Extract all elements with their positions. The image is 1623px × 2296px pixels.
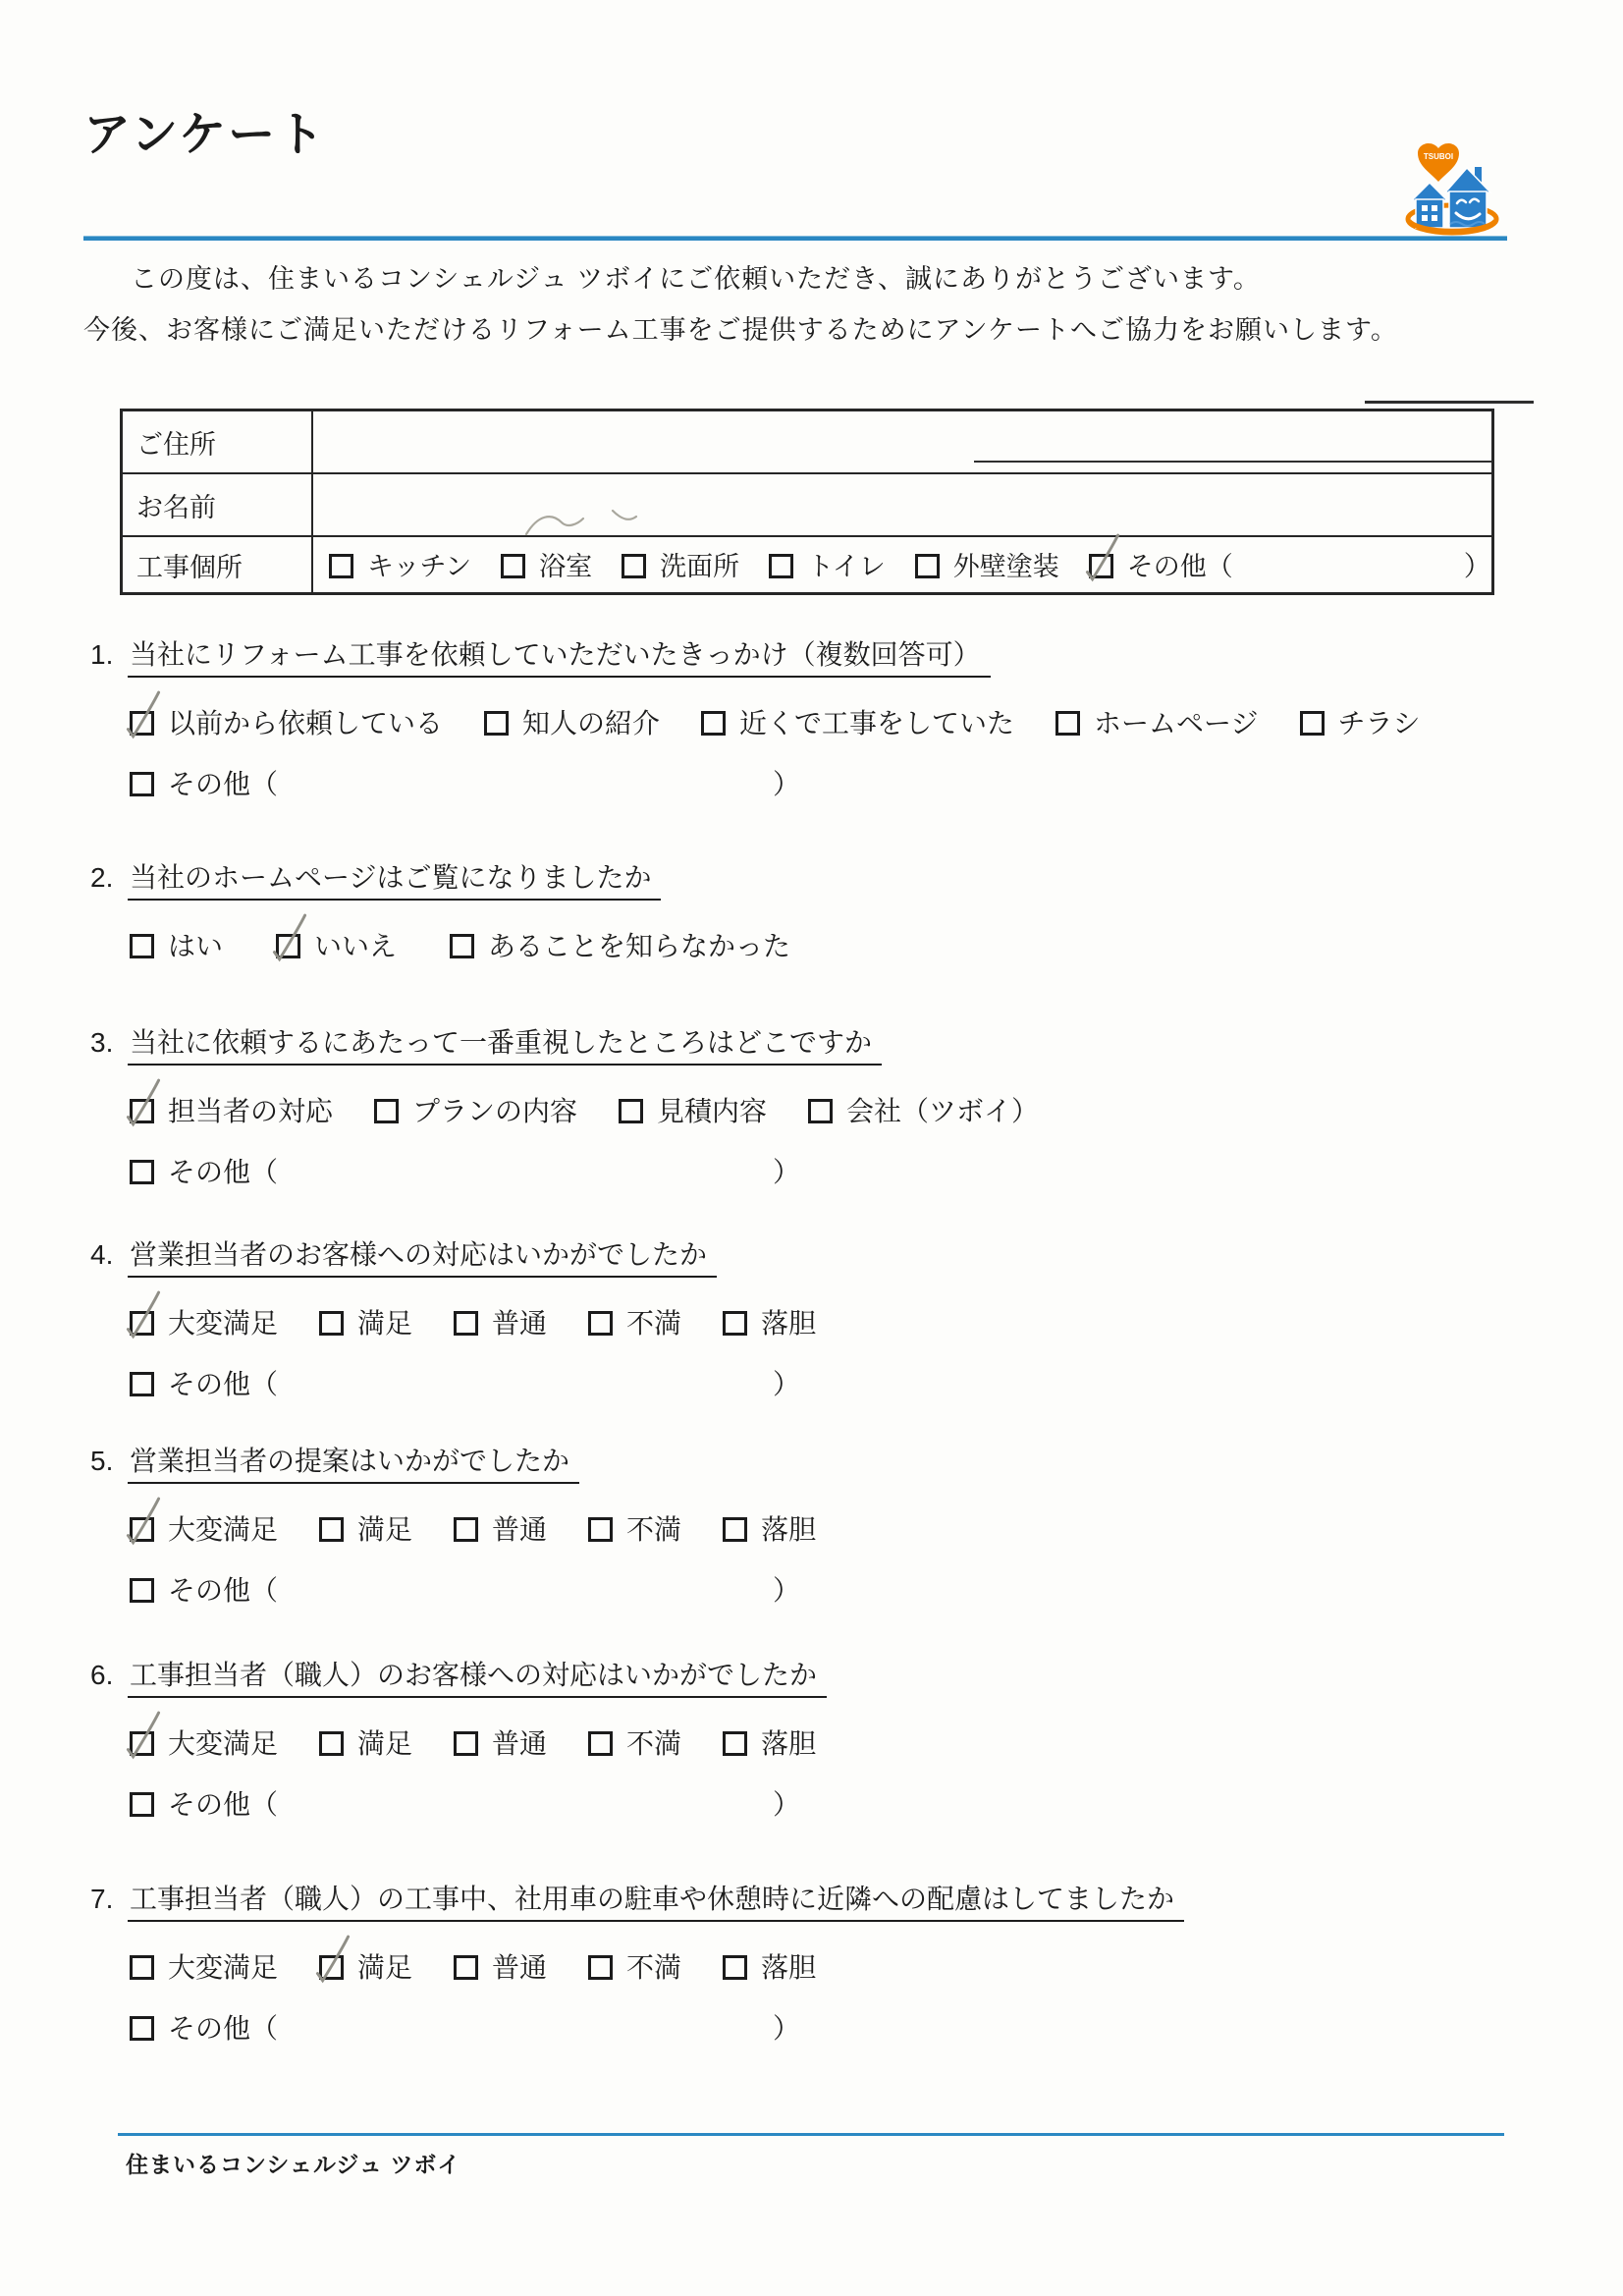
checkbox-box bbox=[130, 2016, 154, 2041]
checkbox-box bbox=[319, 1311, 344, 1336]
option-very-satisfied: 大変満足 bbox=[130, 1728, 278, 1759]
option-neutral: 普通 bbox=[454, 1514, 547, 1545]
option-label: 落胆 bbox=[761, 1514, 816, 1545]
question-number: 5. bbox=[90, 1446, 128, 1477]
question-7-heading: 7.工事担当者（職人）の工事中、社用車の駐車や休憩時に近隣への配慮はしてましたか bbox=[90, 1878, 1184, 1917]
option-estimate: 見積内容 bbox=[619, 1096, 767, 1126]
pencil-scribble bbox=[518, 501, 666, 544]
checkbox[interactable] bbox=[588, 1731, 613, 1756]
option-other: その他（ bbox=[130, 2013, 278, 2044]
option-did-not-know: あることを知らなかった bbox=[450, 931, 790, 961]
name-input-cell[interactable] bbox=[312, 473, 1493, 536]
question-6: 6.工事担当者（職人）のお客様への対応はいかがでしたか 大変満足満足普通不満落胆… bbox=[90, 1654, 857, 1825]
question-2-heading: 2.当社のホームページはご覧になりましたか bbox=[90, 856, 843, 896]
option-label: 以前から依頼している bbox=[168, 708, 443, 738]
option-label: 満足 bbox=[357, 1308, 412, 1339]
option-staff-response: 担当者の対応 bbox=[130, 1096, 333, 1126]
option-very-satisfied: 大変満足 bbox=[130, 1308, 278, 1339]
option-disappointed: 落胆 bbox=[723, 1308, 816, 1339]
option-label: その他（ bbox=[1127, 552, 1233, 581]
checkbox-box bbox=[319, 1731, 344, 1756]
checkbox-box bbox=[808, 1099, 833, 1123]
option-plan-content: プランの内容 bbox=[374, 1096, 577, 1126]
option-label: ホームページ bbox=[1094, 708, 1258, 738]
company-logo-icon: TSUBOI bbox=[1404, 137, 1502, 240]
question-6-options: 大変満足満足普通不満落胆 bbox=[130, 1724, 857, 1764]
option-label: 知人の紹介 bbox=[522, 708, 660, 738]
option-label: 落胆 bbox=[761, 1308, 816, 1339]
checkbox[interactable] bbox=[454, 1311, 478, 1336]
checkbox-box bbox=[484, 711, 509, 736]
option-other: その他（ bbox=[130, 1157, 278, 1187]
address-input-cell[interactable] bbox=[312, 410, 1493, 474]
checkbox[interactable] bbox=[701, 711, 726, 736]
checkbox-box bbox=[588, 1955, 613, 1980]
close-paren: ） bbox=[773, 2013, 800, 2044]
checkbox[interactable] bbox=[450, 934, 474, 958]
option-label: 大変満足 bbox=[168, 1308, 278, 1339]
question-1: 1.当社にリフォーム工事を依頼していただいたきっかけ（複数回答可） 以前から依頼… bbox=[90, 633, 1462, 804]
checkbox[interactable] bbox=[329, 554, 353, 578]
close-paren: ） bbox=[773, 1575, 800, 1606]
option-bath: 浴室 bbox=[501, 552, 592, 581]
option-disappointed: 落胆 bbox=[723, 1514, 816, 1545]
pencil-check-icon bbox=[271, 913, 308, 964]
checkbox[interactable] bbox=[130, 934, 154, 958]
checkbox-box bbox=[130, 1372, 154, 1396]
checkbox[interactable] bbox=[1089, 554, 1113, 578]
question-2: 2.当社のホームページはご覧になりましたか はいいいえあることを知らなかった bbox=[90, 856, 843, 966]
checkbox-box bbox=[622, 554, 646, 578]
checkbox[interactable] bbox=[723, 1731, 747, 1756]
question-4-heading: 4.営業担当者のお客様への対応はいかがでしたか bbox=[90, 1233, 857, 1273]
option-disappointed: 落胆 bbox=[723, 1728, 816, 1759]
option-label: その他（ bbox=[168, 2013, 278, 2044]
checkbox-box bbox=[619, 1099, 643, 1123]
checkbox-box bbox=[454, 1955, 478, 1980]
checkbox-box bbox=[723, 1311, 747, 1336]
option-other: その他（ bbox=[130, 1789, 278, 1820]
intro-line-2: 今後、お客様にご満足いただけるリフォーム工事をご提供するためにアンケートへご協力… bbox=[83, 308, 1398, 347]
option-other: その他（ bbox=[1089, 552, 1233, 581]
checkbox[interactable] bbox=[454, 1955, 478, 1980]
option-no: いいえ bbox=[276, 931, 397, 961]
checkbox[interactable] bbox=[319, 1955, 344, 1980]
checkbox-box bbox=[450, 934, 474, 958]
close-paren: ） bbox=[773, 769, 800, 799]
checkbox[interactable] bbox=[130, 1578, 154, 1603]
checkbox[interactable] bbox=[454, 1517, 478, 1542]
logo-heart-text: TSUBOI bbox=[1424, 152, 1453, 161]
checkbox-box bbox=[130, 772, 154, 796]
question-3-heading: 3.当社に依頼するにあたって一番重視したところはどこですか bbox=[90, 1021, 1080, 1061]
checkbox-box bbox=[501, 554, 525, 578]
checkbox-box bbox=[454, 1311, 478, 1336]
question-1-other-row: その他（） bbox=[130, 765, 1462, 804]
question-1-options: 以前から依頼している知人の紹介近くで工事をしていたホームページチラシ bbox=[130, 704, 1462, 743]
small-house-icon bbox=[1412, 183, 1447, 228]
pencil-check-icon bbox=[125, 1078, 162, 1129]
question-title: 工事担当者（職人）の工事中、社用車の駐車や休憩時に近隣への配慮はしてましたか bbox=[128, 1884, 1184, 1922]
option-neutral: 普通 bbox=[454, 1308, 547, 1339]
checkbox[interactable] bbox=[130, 1160, 154, 1184]
question-number: 3. bbox=[90, 1027, 128, 1059]
address-row: ご住所 bbox=[122, 410, 1493, 474]
close-paren: ） bbox=[773, 1157, 800, 1187]
checkbox[interactable] bbox=[769, 554, 793, 578]
construction-location-row: 工事個所 キッチン浴室洗面所トイレ外壁塗装その他（） bbox=[122, 536, 1493, 594]
option-disappointed: 落胆 bbox=[723, 1952, 816, 1983]
option-label: はい bbox=[168, 931, 223, 961]
construction-location-label: 工事個所 bbox=[122, 536, 313, 594]
checkbox-box bbox=[1300, 711, 1325, 736]
option-neutral: 普通 bbox=[454, 1952, 547, 1983]
name-label: お名前 bbox=[122, 473, 313, 536]
checkbox[interactable] bbox=[454, 1731, 478, 1756]
close-paren: ） bbox=[1464, 551, 1491, 581]
option-label: 会社（ツボイ） bbox=[846, 1096, 1039, 1126]
checkbox-box bbox=[588, 1731, 613, 1756]
option-label: あることを知らなかった bbox=[488, 931, 790, 961]
option-washroom: 洗面所 bbox=[622, 552, 739, 581]
checkbox-box bbox=[723, 1955, 747, 1980]
option-neutral: 普通 bbox=[454, 1728, 547, 1759]
option-other: その他（ bbox=[130, 1369, 278, 1399]
option-label: プランの内容 bbox=[412, 1096, 577, 1126]
close-paren: ） bbox=[773, 1789, 800, 1820]
survey-page: アンケート TSUBOI この度は、住まいるコンシェルジュ ツボイにご依頼いただ… bbox=[0, 0, 1623, 2296]
option-label: 担当者の対応 bbox=[168, 1096, 333, 1126]
option-label: 大変満足 bbox=[168, 1514, 278, 1545]
option-label: 普通 bbox=[492, 1308, 547, 1339]
checkbox[interactable] bbox=[130, 1792, 154, 1817]
question-5-heading: 5.営業担当者の提案はいかがでしたか bbox=[90, 1440, 857, 1479]
question-5-options: 大変満足満足普通不満落胆 bbox=[130, 1510, 857, 1550]
checkbox[interactable] bbox=[319, 1517, 344, 1542]
question-7-options: 大変満足満足普通不満落胆 bbox=[130, 1948, 1184, 1988]
question-title: 営業担当者の提案はいかがでしたか bbox=[128, 1446, 579, 1484]
checkbox-box bbox=[769, 554, 793, 578]
question-6-other-row: その他（） bbox=[130, 1785, 857, 1825]
checkbox-box bbox=[374, 1099, 399, 1123]
option-referral: 知人の紹介 bbox=[484, 708, 660, 738]
checkbox-box bbox=[588, 1311, 613, 1336]
option-label: その他（ bbox=[168, 1575, 278, 1606]
option-homepage: ホームページ bbox=[1055, 708, 1258, 738]
question-2-options: はいいいえあることを知らなかった bbox=[130, 927, 843, 966]
question-title: 営業担当者のお客様への対応はいかがでしたか bbox=[128, 1239, 717, 1278]
checkbox-box bbox=[915, 554, 940, 578]
checkbox[interactable] bbox=[276, 934, 300, 958]
intro-line-1: この度は、住まいるコンシェルジュ ツボイにご依頼いただき、誠にありがとうございま… bbox=[131, 257, 1261, 296]
question-number: 7. bbox=[90, 1884, 128, 1915]
big-house-icon bbox=[1445, 167, 1490, 228]
option-label: 満足 bbox=[357, 1952, 412, 1983]
checkbox[interactable] bbox=[622, 554, 646, 578]
option-kitchen: キッチン bbox=[329, 552, 471, 581]
option-label: 大変満足 bbox=[168, 1952, 278, 1983]
checkbox-box bbox=[723, 1517, 747, 1542]
question-title: 当社にリフォーム工事を依頼していただいたきっかけ（複数回答可） bbox=[128, 639, 991, 678]
option-toilet: トイレ bbox=[769, 552, 886, 581]
option-exterior-paint: 外壁塗装 bbox=[915, 552, 1059, 581]
question-3-options: 担当者の対応プランの内容見積内容会社（ツボイ） bbox=[130, 1092, 1080, 1131]
option-label: 普通 bbox=[492, 1514, 547, 1545]
checkbox[interactable] bbox=[130, 1517, 154, 1542]
pencil-check-icon bbox=[125, 690, 162, 741]
option-very-satisfied: 大変満足 bbox=[130, 1952, 278, 1983]
checkbox-box bbox=[701, 711, 726, 736]
question-number: 4. bbox=[90, 1239, 128, 1271]
question-4-other-row: その他（） bbox=[130, 1365, 857, 1404]
option-label: 不満 bbox=[626, 1728, 681, 1759]
footer-company-name: 住まいるコンシェルジュ ツボイ bbox=[126, 2147, 460, 2179]
option-label: 不満 bbox=[626, 1308, 681, 1339]
pencil-check-icon bbox=[314, 1935, 352, 1986]
option-other: その他（ bbox=[130, 1575, 278, 1606]
checkbox-box bbox=[130, 1792, 154, 1817]
scan-artifact-line bbox=[974, 461, 1492, 463]
option-label: 大変満足 bbox=[168, 1728, 278, 1759]
question-number: 1. bbox=[90, 639, 128, 671]
option-flyer: チラシ bbox=[1300, 708, 1421, 738]
option-label: 浴室 bbox=[539, 552, 592, 581]
option-satisfied: 満足 bbox=[319, 1728, 412, 1759]
checkbox-box bbox=[723, 1731, 747, 1756]
scan-artifact-line bbox=[1365, 401, 1534, 404]
checkbox-box bbox=[454, 1517, 478, 1542]
checkbox[interactable] bbox=[1300, 711, 1325, 736]
checkbox[interactable] bbox=[130, 1731, 154, 1756]
question-title: 工事担当者（職人）のお客様への対応はいかがでしたか bbox=[128, 1660, 827, 1698]
option-very-satisfied: 大変満足 bbox=[130, 1514, 278, 1545]
option-label: 近くで工事をしていた bbox=[739, 708, 1014, 738]
checkbox-box bbox=[329, 554, 353, 578]
option-dissatisfied: 不満 bbox=[588, 1514, 681, 1545]
option-label: 普通 bbox=[492, 1952, 547, 1983]
option-label: 落胆 bbox=[761, 1952, 816, 1983]
option-label: その他（ bbox=[168, 769, 278, 799]
option-label: いいえ bbox=[314, 931, 397, 961]
checkbox[interactable] bbox=[319, 1311, 344, 1336]
option-company: 会社（ツボイ） bbox=[808, 1096, 1039, 1126]
question-4: 4.営業担当者のお客様への対応はいかがでしたか 大変満足満足普通不満落胆 その他… bbox=[90, 1233, 857, 1404]
checkbox[interactable] bbox=[723, 1517, 747, 1542]
pencil-check-icon bbox=[1084, 533, 1121, 584]
checkbox-box bbox=[319, 1517, 344, 1542]
pencil-check-icon bbox=[125, 1290, 162, 1341]
option-satisfied: 満足 bbox=[319, 1952, 412, 1983]
option-satisfied: 満足 bbox=[319, 1514, 412, 1545]
close-paren: ） bbox=[773, 1369, 800, 1399]
question-5-other-row: その他（） bbox=[130, 1571, 857, 1611]
checkbox[interactable] bbox=[130, 711, 154, 736]
checkbox-box bbox=[454, 1731, 478, 1756]
option-dissatisfied: 不満 bbox=[588, 1952, 681, 1983]
option-label: 不満 bbox=[626, 1952, 681, 1983]
option-nearby-work: 近くで工事をしていた bbox=[701, 708, 1014, 738]
title-underline bbox=[83, 237, 1507, 241]
question-title: 当社に依頼するにあたって一番重視したところはどこですか bbox=[128, 1027, 882, 1066]
checkbox[interactable] bbox=[130, 772, 154, 796]
checkbox[interactable] bbox=[374, 1099, 399, 1123]
option-label: その他（ bbox=[168, 1789, 278, 1820]
checkbox[interactable] bbox=[1055, 711, 1080, 736]
checkbox[interactable] bbox=[484, 711, 509, 736]
checkbox[interactable] bbox=[130, 1099, 154, 1123]
option-label: 満足 bbox=[357, 1514, 412, 1545]
option-label: その他（ bbox=[168, 1157, 278, 1187]
question-number: 6. bbox=[90, 1660, 128, 1691]
checkbox-box bbox=[588, 1517, 613, 1542]
question-5: 5.営業担当者の提案はいかがでしたか 大変満足満足普通不満落胆 その他（） bbox=[90, 1440, 857, 1611]
checkbox-box bbox=[130, 1578, 154, 1603]
name-row: お名前 bbox=[122, 473, 1493, 536]
question-3: 3.当社に依頼するにあたって一番重視したところはどこですか 担当者の対応プランの… bbox=[90, 1021, 1080, 1192]
option-dissatisfied: 不満 bbox=[588, 1308, 681, 1339]
footer-divider bbox=[118, 2133, 1504, 2136]
checkbox[interactable] bbox=[319, 1731, 344, 1756]
question-number: 2. bbox=[90, 862, 128, 894]
checkbox[interactable] bbox=[588, 1955, 613, 1980]
option-label: 満足 bbox=[357, 1728, 412, 1759]
pencil-check-icon bbox=[125, 1711, 162, 1762]
checkbox[interactable] bbox=[501, 554, 525, 578]
option-label: 落胆 bbox=[761, 1728, 816, 1759]
checkbox-box bbox=[130, 1160, 154, 1184]
option-other: その他（ bbox=[130, 769, 278, 799]
option-repeat-customer: 以前から依頼している bbox=[130, 708, 443, 738]
checkbox[interactable] bbox=[808, 1099, 833, 1123]
question-6-heading: 6.工事担当者（職人）のお客様への対応はいかがでしたか bbox=[90, 1654, 857, 1693]
question-7: 7.工事担当者（職人）の工事中、社用車の駐車や休憩時に近隣への配慮はしてましたか… bbox=[90, 1878, 1184, 2049]
checkbox[interactable] bbox=[130, 2016, 154, 2041]
checkbox[interactable] bbox=[588, 1311, 613, 1336]
checkbox-box bbox=[130, 1955, 154, 1980]
question-4-options: 大変満足満足普通不満落胆 bbox=[130, 1304, 857, 1343]
option-label: トイレ bbox=[807, 552, 886, 581]
option-label: 普通 bbox=[492, 1728, 547, 1759]
page-title: アンケート bbox=[83, 96, 326, 164]
question-1-heading: 1.当社にリフォーム工事を依頼していただいたきっかけ（複数回答可） bbox=[90, 633, 1462, 673]
pencil-check-icon bbox=[125, 1497, 162, 1548]
checkbox[interactable] bbox=[130, 1311, 154, 1336]
checkbox-box bbox=[130, 934, 154, 958]
checkbox[interactable] bbox=[588, 1517, 613, 1542]
option-label: チラシ bbox=[1338, 708, 1421, 738]
option-label: 不満 bbox=[626, 1514, 681, 1545]
checkbox-box bbox=[1055, 711, 1080, 736]
checkbox[interactable] bbox=[130, 1372, 154, 1396]
checkbox[interactable] bbox=[723, 1311, 747, 1336]
option-label: 洗面所 bbox=[660, 552, 739, 581]
option-dissatisfied: 不満 bbox=[588, 1728, 681, 1759]
question-3-other-row: その他（） bbox=[130, 1153, 1080, 1192]
checkbox[interactable] bbox=[915, 554, 940, 578]
checkbox[interactable] bbox=[619, 1099, 643, 1123]
option-satisfied: 満足 bbox=[319, 1308, 412, 1339]
option-label: その他（ bbox=[168, 1369, 278, 1399]
option-label: 外壁塗装 bbox=[953, 552, 1059, 581]
customer-info-table: ご住所 お名前 工事個所 キッチン浴室洗面所トイレ外壁塗装その他（） bbox=[120, 409, 1494, 595]
option-yes: はい bbox=[130, 931, 223, 961]
question-title: 当社のホームページはご覧になりましたか bbox=[128, 862, 661, 901]
checkbox[interactable] bbox=[723, 1955, 747, 1980]
option-label: キッチン bbox=[367, 552, 471, 581]
checkbox[interactable] bbox=[130, 1955, 154, 1980]
address-label: ご住所 bbox=[122, 410, 313, 474]
construction-location-options: キッチン浴室洗面所トイレ外壁塗装その他（） bbox=[312, 536, 1493, 594]
question-7-other-row: その他（） bbox=[130, 2009, 1184, 2049]
option-label: 見積内容 bbox=[657, 1096, 767, 1126]
